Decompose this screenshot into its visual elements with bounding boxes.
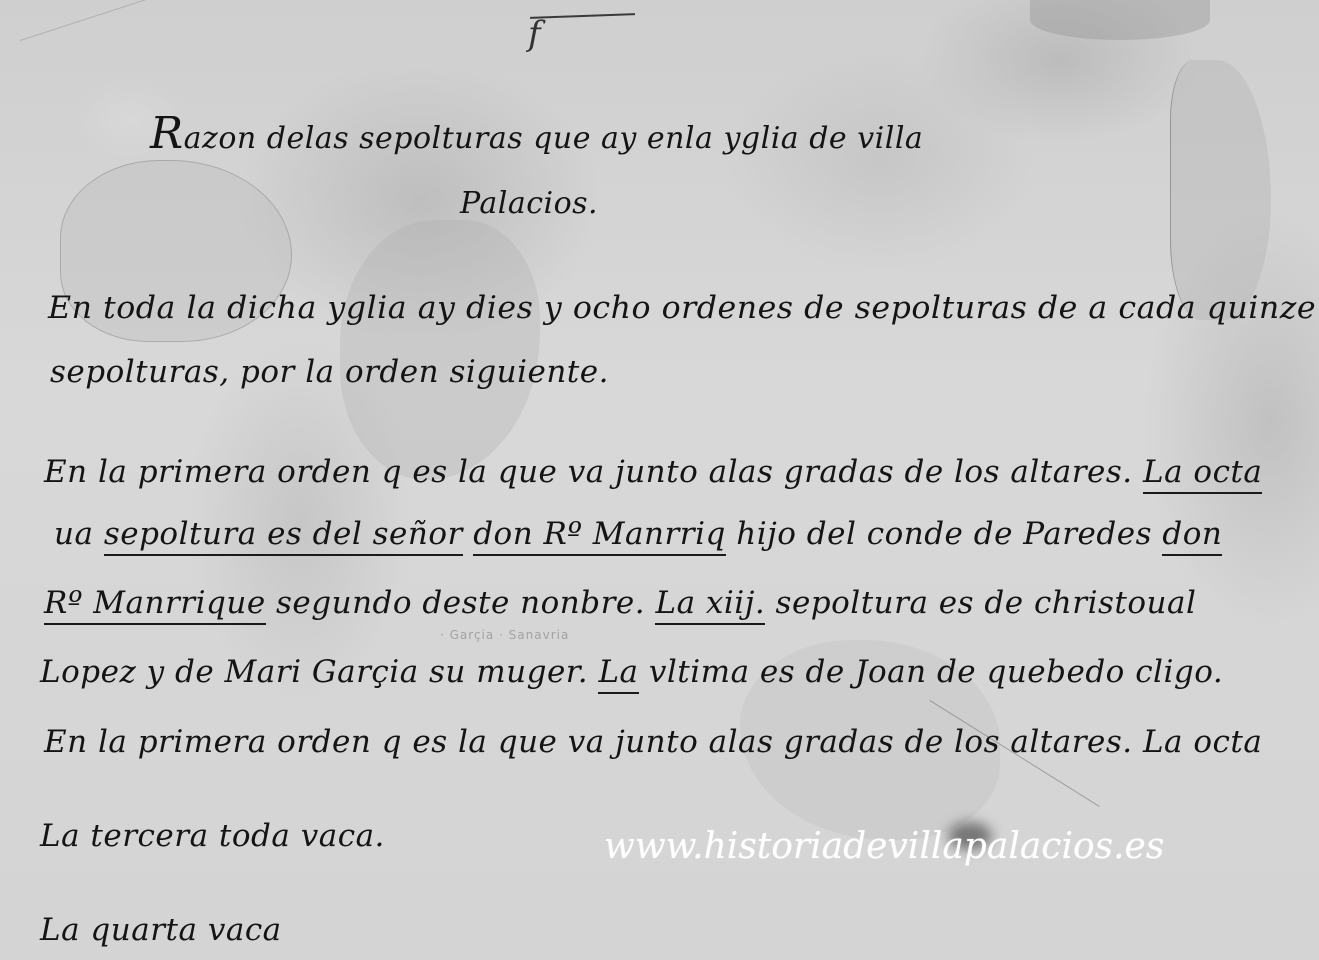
text-segment: ua xyxy=(54,516,104,552)
underlined-text: Rº Manrrique xyxy=(44,585,266,625)
title-line-2: Palacios. xyxy=(460,186,598,221)
faint-marginal-note: · Garçia · Sanavria xyxy=(440,628,569,642)
underlined-text: La octa xyxy=(1143,454,1262,494)
text-segment: Lopez y de Mari Garçia su muger. xyxy=(40,654,598,690)
text-segment: hijo del conde de Paredes xyxy=(726,516,1162,552)
manuscript-page: f Razon delas sepolturas que ay enla ygl… xyxy=(0,0,1319,960)
paper-crease xyxy=(20,0,191,41)
underlined-text: La xiij. xyxy=(655,585,765,625)
text-segment: segundo deste nonbre. xyxy=(266,585,656,621)
paragraph-3-line-1: En la primera orden q es la que va junto… xyxy=(44,724,1262,760)
underlined-text: don xyxy=(1162,516,1222,556)
paragraph-2-line-2: ua sepoltura es del señor don Rº Manrriq… xyxy=(54,516,1222,552)
text-segment: sepoltura es de christoual xyxy=(765,585,1196,621)
paragraph-2-line-4: Lopez y de Mari Garçia su muger. La vlti… xyxy=(40,654,1223,690)
title-text: azon delas sepolturas que ay enla yglia … xyxy=(184,121,924,156)
text-segment: En la primera orden q es la que va junto… xyxy=(44,454,1143,490)
folio-flourish xyxy=(530,13,635,19)
text-segment: vltima es de Joan de quebedo cligo. xyxy=(639,654,1224,690)
paragraph-1-line-1: En toda la dicha yglia ay dies y ocho or… xyxy=(48,290,1316,326)
paragraph-4-line-1: La tercera toda vaca. xyxy=(40,818,385,854)
torn-edge xyxy=(1030,0,1210,40)
paragraph-5-line-1: La quarta vaca xyxy=(40,912,282,948)
folio-mark: f xyxy=(528,14,541,54)
title-line-1: Razon delas sepolturas que ay enla yglia… xyxy=(150,108,923,159)
paragraph-2-line-3: Rº Manrrique segundo deste nonbre. La xi… xyxy=(44,585,1196,621)
text-segment xyxy=(463,516,473,552)
underlined-text: La xyxy=(598,654,638,694)
underlined-text: don Rº Manrriq xyxy=(473,516,726,556)
underlined-text: sepoltura es del señor xyxy=(104,516,463,556)
website-watermark: www.historiadevillapalacios.es xyxy=(604,826,1164,867)
torn-edge xyxy=(1170,60,1271,320)
title-drop-cap: R xyxy=(150,108,184,159)
paragraph-2-line-1: En la primera orden q es la que va junto… xyxy=(44,454,1262,490)
paragraph-1-line-2: sepolturas, por la orden siguiente. xyxy=(50,354,609,390)
water-stain xyxy=(340,220,540,480)
